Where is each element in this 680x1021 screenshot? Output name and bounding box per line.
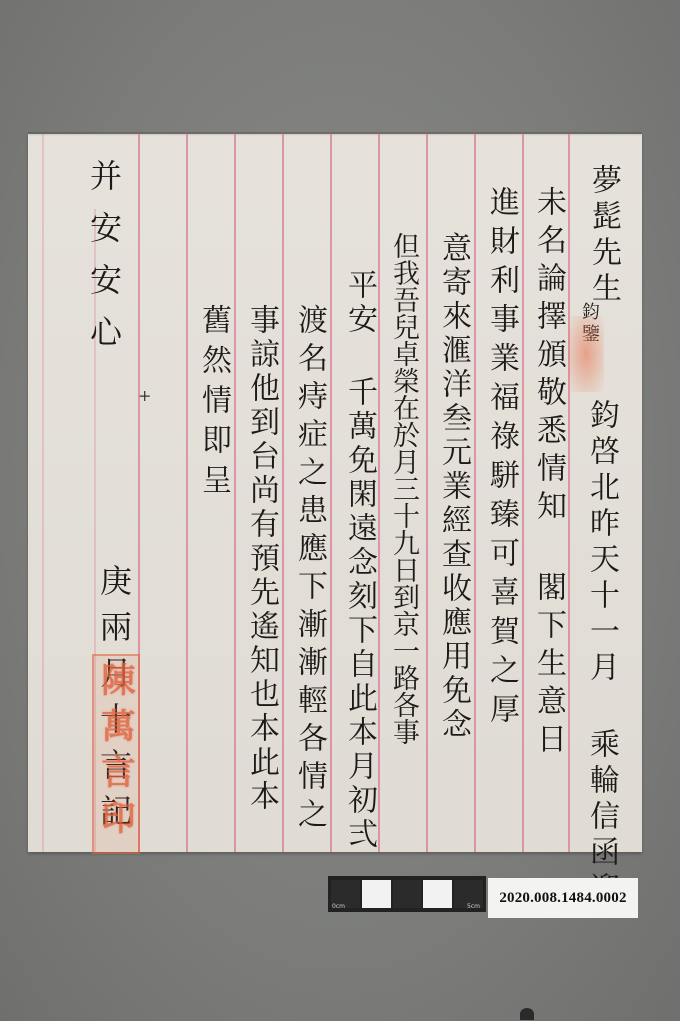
letter-paper: 夢髭先生 鈞鑒 鈞啓北昨天十一月 乘輪信函迎 未名論擇頒敬悉情知 閣下生意日 進…: [28, 134, 642, 852]
closing-phrase: 并安安心: [88, 159, 120, 367]
rule-line: [234, 134, 236, 852]
paper-edge: [28, 132, 642, 136]
letter-column: 進財利事業福祿駢臻可喜賀之厚: [486, 186, 516, 732]
letter-column: 鈞啓北昨天十一月 乘輪信函迎: [586, 399, 616, 908]
letter-column: 渡名痔症之患應下漸漸輕各情之: [294, 304, 324, 836]
accession-number-label: 2020.008.1484.0002: [488, 878, 638, 918]
scale-bar: 0cm 5cm: [328, 876, 486, 912]
scale-segment: [393, 880, 422, 908]
letter-column: 平安 千萬免閑遠念刻下自此本月初弍: [344, 269, 374, 852]
red-seal-stamp: [568, 316, 604, 392]
rule-line: [426, 134, 428, 852]
letter-column: 未名論擇頒敬悉情知 閣下生意日: [533, 186, 563, 761]
salutation: 夢髭先生: [588, 164, 618, 308]
rule-line: [186, 134, 188, 852]
rule-line: [42, 134, 44, 852]
scale-segment: [423, 880, 452, 908]
letter-column: 意寄來滙洋叁元業經查收應用免念: [438, 232, 468, 742]
crossmark: +: [138, 388, 151, 404]
letter-column: 事諒他到台尚有預先遙知也本此本: [246, 304, 276, 814]
scale-end-label: 5cm: [467, 903, 480, 910]
rule-line: [568, 134, 570, 852]
rule-line: [330, 134, 332, 852]
rule-line: [474, 134, 476, 852]
rule-line: [522, 134, 524, 852]
letter-column: 但我吾兒卓榮在於月三十九日到京一路各事: [390, 232, 417, 745]
rule-line: [282, 134, 284, 852]
signature-seal-text: 陳萬言印: [98, 662, 132, 846]
rule-line: [378, 134, 380, 852]
scale-segment: [362, 880, 391, 908]
shadow-mark: [520, 1008, 534, 1020]
scale-start-label: 0cm: [332, 903, 345, 910]
letter-column: 舊然情即呈: [198, 304, 228, 504]
